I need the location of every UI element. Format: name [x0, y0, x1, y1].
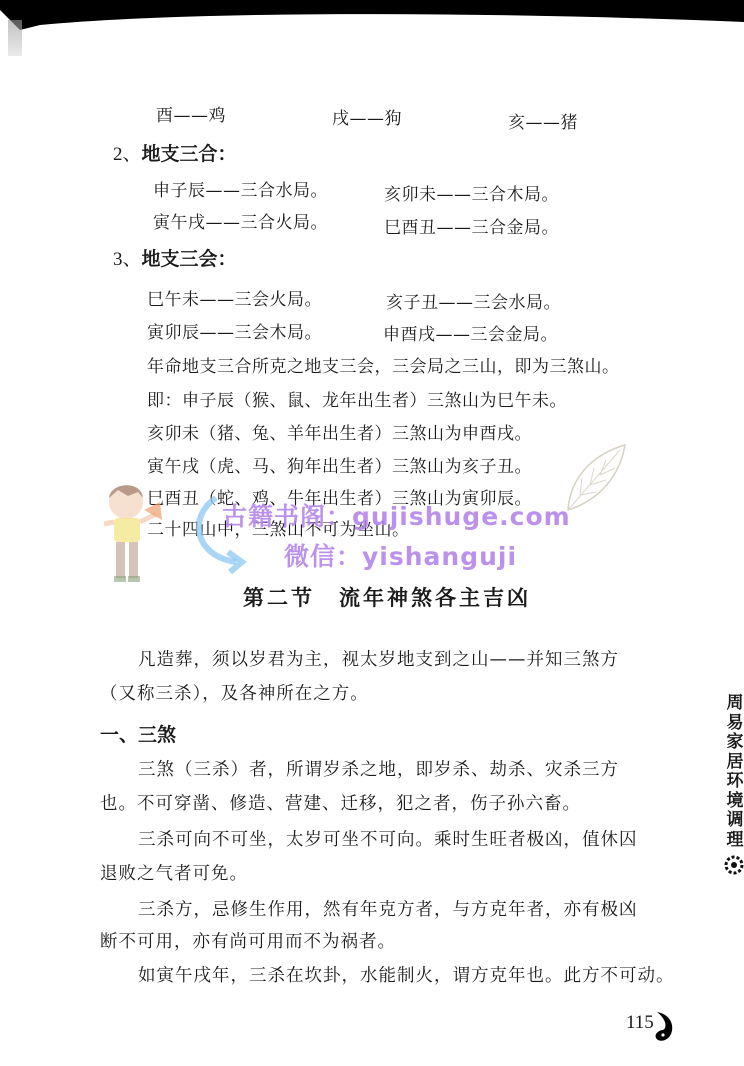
heading-title: 地支三会： — [142, 248, 237, 270]
sanhui-item: 巳午未——三会火局。 — [147, 285, 322, 310]
body-line: 退败之气者可免。 — [100, 860, 248, 885]
intro-line: （又称三杀），及各神所在之方。 — [100, 680, 369, 705]
heading-sanhui: 3、地支三会： — [113, 244, 237, 271]
sanhui-line: 寅午戌（虎、马、狗年出生者）三煞山为亥子丑。 — [147, 452, 532, 477]
sanhe-item: 申子辰——三合水局。 — [153, 176, 328, 201]
sanhui-line: 亥卯未（猪、兔、羊年出生者）三煞山为申酉戌。 — [147, 419, 532, 444]
sanhui-line: 年命地支三合所克之地支三会，三会局之三山，即为三煞山。 — [147, 352, 620, 377]
body-line: 三杀可向不可坐，太岁可坐不可向。乘时生旺者极凶，值休囚 — [138, 826, 638, 851]
side-tab-char: 环 — [725, 772, 744, 792]
yin-yang-icon — [653, 1010, 675, 1044]
sanhui-item: 寅卯辰——三会木局。 — [147, 318, 322, 343]
body-line: 三煞（三杀）者，所谓岁杀之地，即岁杀、劫杀、灾杀三方 — [138, 756, 619, 781]
cartoon-mascot-icon — [98, 480, 168, 590]
side-tab-char: 境 — [725, 792, 744, 812]
intro-line: 凡造葬，须以岁君为主，视太岁地支到之山——并知三煞方 — [138, 646, 619, 671]
body-line: 三杀方，忌修生作用，然有年克方者，与方克年者，亦有极凶 — [138, 896, 638, 921]
subsection-heading: 一、三煞 — [100, 720, 176, 747]
taiji-ornament-icon — [724, 855, 744, 875]
heading-number: 2、 — [113, 144, 142, 165]
side-tab-char: 易 — [725, 714, 744, 734]
side-tab-char: 周 — [725, 694, 744, 714]
sanhe-item: 亥卯未——三合木局。 — [384, 180, 559, 205]
section-title: 第二节 流年神煞各主吉凶 — [243, 582, 531, 612]
sanhe-item: 寅午戌——三合火局。 — [153, 208, 328, 233]
scan-smudge — [8, 20, 22, 56]
body-line: 如寅午戌年，三杀在坎卦，水能制火，谓方克年也。此方不可动。 — [138, 962, 675, 987]
watermark-site: 古籍书阁：gujishuge.com — [222, 497, 571, 533]
watermark-wechat: 微信：yishanguji — [284, 537, 517, 573]
zodiac-item: 酉——鸡 — [156, 101, 226, 126]
body-line: 断不可用，亦有尚可用而不为祸者。 — [100, 928, 396, 953]
heading-number: 3、 — [113, 249, 142, 270]
sanhui-line: 即：申子辰（猴、鼠、龙年出生者）三煞山为巳午未。 — [147, 386, 567, 411]
page-number: 115 — [626, 1012, 654, 1034]
heading-title: 地支三合： — [142, 143, 237, 165]
heading-sanhe: 2、地支三合： — [113, 139, 237, 166]
body-line: 也。不可穿凿、修造、营建、迁移，犯之者，伤子孙六畜。 — [100, 790, 581, 815]
sanhe-item: 巳酉丑——三合金局。 — [384, 213, 559, 238]
sanhui-item: 亥子丑——三会水局。 — [386, 288, 561, 313]
sanhui-item: 申酉戌——三会金局。 — [383, 320, 558, 345]
zodiac-item: 戌——狗 — [332, 104, 402, 129]
side-tab-char: 调 — [725, 811, 744, 831]
page-top-edge — [0, 0, 744, 30]
side-tab-char: 理 — [725, 831, 744, 851]
side-tab-char: 家 — [725, 733, 744, 753]
side-tab-char: 居 — [725, 753, 744, 773]
side-chapter-tab: 周 易 家 居 环 境 调 理 — [725, 694, 744, 850]
zodiac-item: 亥——猪 — [508, 108, 578, 133]
